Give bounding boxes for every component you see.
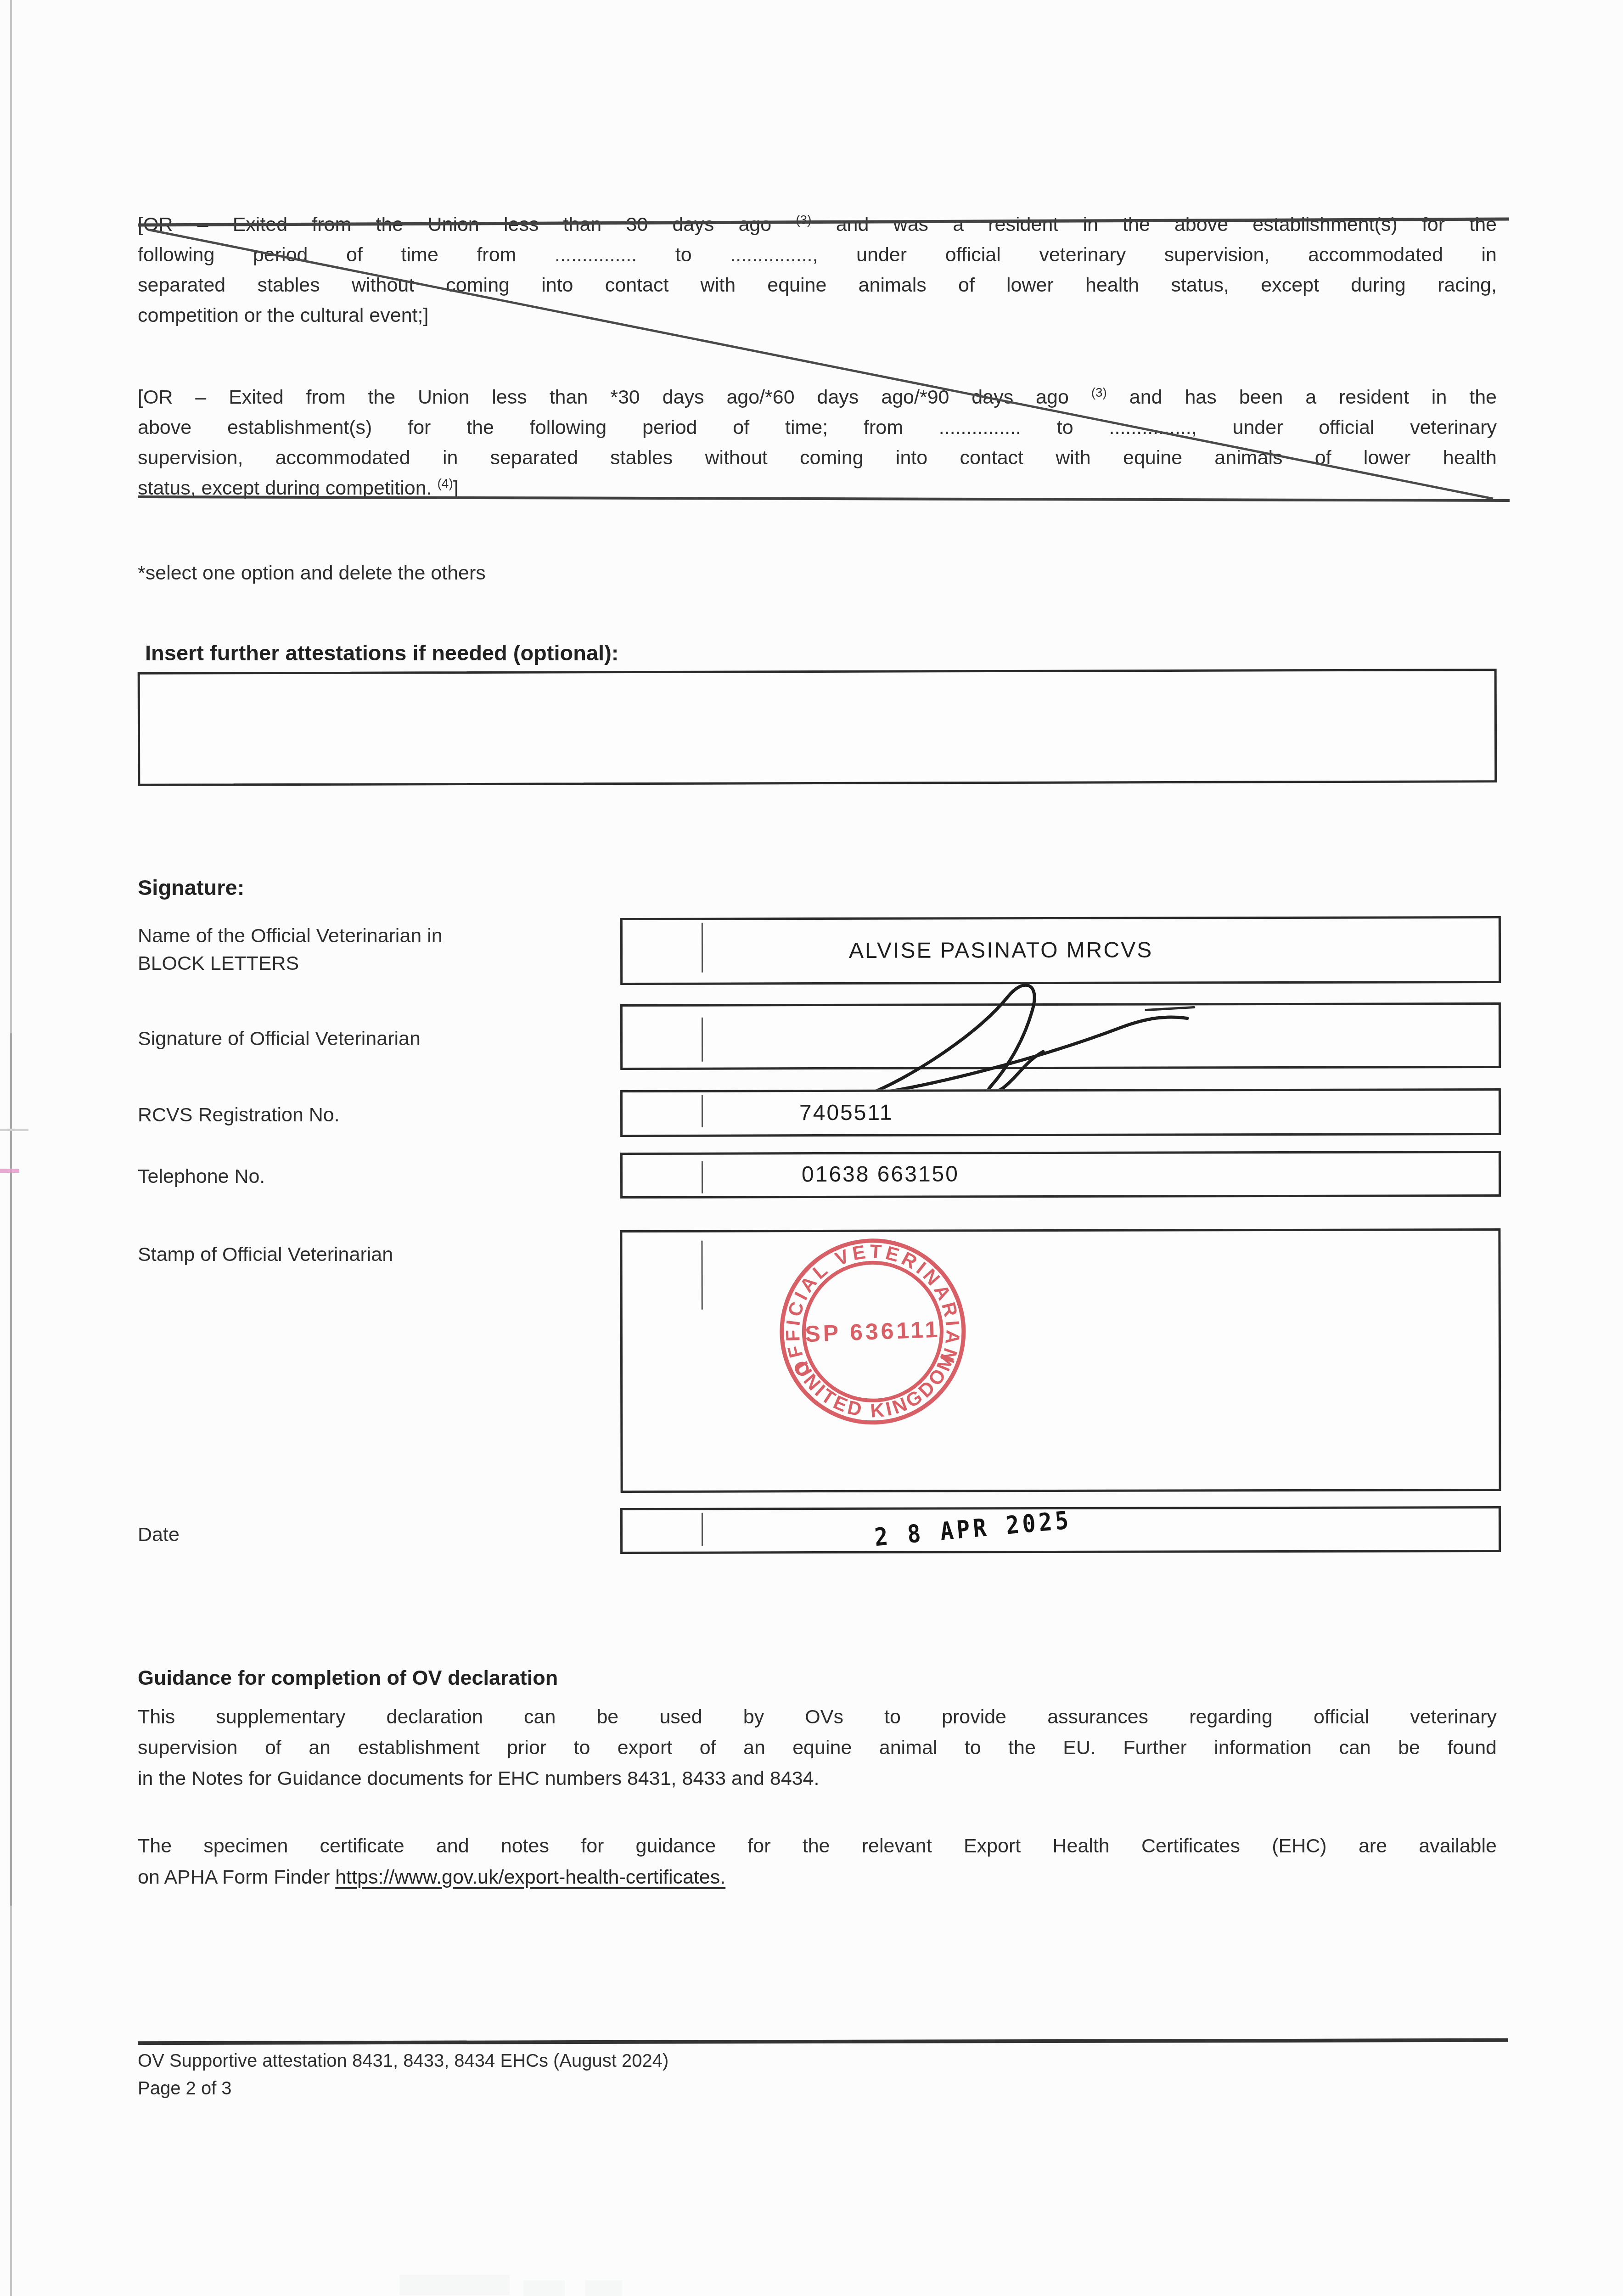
guidance-p2-line2: on APHA Form Finder https://www.gov.uk/e…	[138, 1862, 1497, 1893]
rcvs-label: RCVS Registration No.	[138, 1101, 340, 1129]
option1-line4: competition or the cultural event;]	[138, 300, 1497, 331]
attestations-box	[138, 669, 1497, 786]
ghost-mark	[585, 2280, 622, 2296]
select-option-note: *select one option and delete the others	[138, 562, 486, 585]
option1-line1: [OR – Exited from the Union less than 30…	[138, 209, 1497, 240]
svg-text:UNITED KINGDOM: UNITED KINGDOM	[790, 1347, 964, 1427]
signature-label: Signature of Official Veterinarian	[138, 1025, 421, 1052]
scan-edge-line-dark	[10, 1033, 12, 1906]
date-stamp-value: 2 8 APR 2025	[873, 1506, 1073, 1552]
footnote-ref-3: (3)	[796, 213, 811, 227]
official-veterinarian-stamp: OFFICIAL VETERINARIAN UNITED KINGDOM SP …	[767, 1226, 978, 1437]
footnote-ref-4: (4)	[438, 476, 453, 490]
option2-line2: above establishment(s) for the following…	[138, 412, 1497, 443]
stamp-field-box: OFFICIAL VETERINARIAN UNITED KINGDOM SP …	[620, 1228, 1501, 1493]
option1-line3: separated stables without coming into co…	[138, 270, 1497, 300]
guidance-p1-line2: supervision of an establishment prior to…	[138, 1733, 1497, 1763]
signature-field-box	[620, 1002, 1501, 1070]
phone-field-box: 01638 663150	[620, 1151, 1501, 1199]
strikeout-overlay	[0, 0, 1623, 2296]
attestations-heading: Insert further attestations if needed (o…	[145, 640, 618, 665]
phone-label: Telephone No.	[138, 1163, 265, 1190]
guidance-paragraph-2: The specimen certificate and notes for g…	[138, 1830, 1497, 1893]
guidance-p1-line3: in the Notes for Guidance documents for …	[138, 1763, 1497, 1794]
date-field-box: 2 8 APR 2025	[620, 1506, 1501, 1554]
option2-line4: status, except during competition. (4)]	[138, 473, 1497, 503]
ghost-mark	[399, 2275, 510, 2295]
phone-value: 01638 663150	[802, 1161, 959, 1187]
box-tick-mark	[702, 1513, 703, 1546]
signature-heading: Signature:	[138, 875, 244, 900]
name-value: ALVISE PASINATO MRCVS	[563, 937, 1439, 964]
link-export-health-certificates[interactable]: https://www.gov.uk/export-health-certifi…	[335, 1866, 725, 1888]
scanned-document-page: [OR – Exited from the Union less than 30…	[0, 0, 1623, 2296]
ghost-mark	[523, 2280, 565, 2296]
rcvs-value: 7405511	[799, 1100, 893, 1125]
guidance-heading: Guidance for completion of OV declaratio…	[138, 1666, 558, 1690]
option1-line2: following period of time from ..........…	[138, 240, 1497, 270]
stamp-center-text: SP 636111	[804, 1316, 941, 1347]
name-label: Name of the Official Veterinarian in BLO…	[138, 922, 443, 977]
box-tick-mark	[702, 1161, 703, 1193]
guidance-paragraph-1: This supplementary declaration can be us…	[138, 1702, 1497, 1794]
footnote-ref-3: (3)	[1091, 385, 1107, 400]
footer-page-number: Page 2 of 3	[138, 2078, 232, 2099]
guidance-p1-line1: This supplementary declaration can be us…	[138, 1702, 1497, 1733]
footer-rule	[138, 2038, 1508, 2045]
stamp-label: Stamp of Official Veterinarian	[138, 1241, 393, 1268]
option-paragraph-1: [OR – Exited from the Union less than 30…	[138, 209, 1497, 331]
box-tick-mark	[702, 1095, 703, 1127]
pink-margin-mark	[0, 1169, 19, 1173]
option2-line1: [OR – Exited from the Union less than *3…	[138, 382, 1497, 412]
option2-line3: supervision, accommodated in separated s…	[138, 443, 1497, 473]
footer-document-title: OV Supportive attestation 8431, 8433, 84…	[138, 2051, 668, 2071]
date-label: Date	[138, 1521, 180, 1548]
box-tick-mark	[702, 1018, 703, 1062]
gray-margin-mark	[0, 1129, 28, 1131]
option-paragraph-2: [OR – Exited from the Union less than *3…	[138, 382, 1497, 503]
guidance-p2-line1: The specimen certificate and notes for g…	[138, 1830, 1497, 1862]
rcvs-field-box: 7405511	[620, 1088, 1501, 1137]
box-tick-mark	[701, 1241, 702, 1310]
stamp-bottom-text: UNITED KINGDOM	[790, 1347, 964, 1427]
name-field-box: ALVISE PASINATO MRCVS	[620, 916, 1501, 985]
